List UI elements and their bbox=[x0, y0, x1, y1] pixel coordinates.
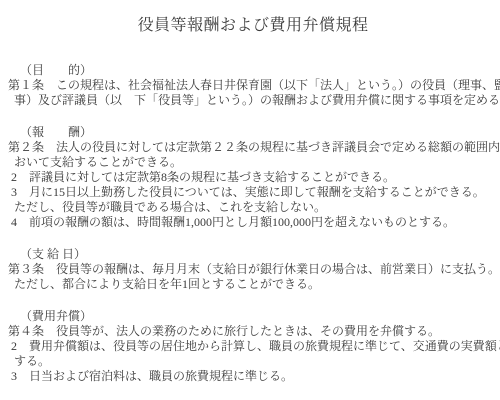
document-page: 役員等報酬および費用弁償規程 （目 的） 第１条 この規程は、社会福祉法人春日井… bbox=[0, 0, 500, 400]
doc-line: 2 評議員に対しては定款第8条の規程に基づき支給することができる。 bbox=[8, 170, 498, 185]
section-heading: （費用弁償） bbox=[8, 309, 498, 324]
doc-line: 3 日当および宿泊料は、職員の旅費規程に準じる。 bbox=[8, 369, 498, 384]
doc-line: 第１条 この規程は、社会福祉法人春日井保育園（以下「法人」という。）の役員（理事… bbox=[8, 78, 498, 93]
section-heading: （目 的） bbox=[8, 63, 498, 78]
doc-line: する。 bbox=[8, 354, 498, 369]
section-heading: （支 給 日） bbox=[8, 247, 498, 262]
doc-line: ただし、都合により支給日を年1回とすることができる。 bbox=[8, 277, 498, 292]
doc-line: 3 月に15日以上勤務した役員については、実態に即して報酬を支給することができる… bbox=[8, 185, 498, 200]
section-purpose: （目 的） 第１条 この規程は、社会福祉法人春日井保育園（以下「法人」という。）… bbox=[8, 63, 498, 108]
doc-line: 事）及び評議員（以 下「役員等」という。）の報酬および費用弁償に関する事項を定め… bbox=[8, 93, 498, 108]
section-heading: （報 酬） bbox=[8, 125, 498, 140]
doc-line: 第３条 役員等の報酬は、毎月月末（支給日が銀行休業日の場合は、前営業日）に支払う… bbox=[8, 262, 498, 277]
document-title: 役員等報酬および費用弁償規程 bbox=[8, 12, 498, 35]
section-compensation: （報 酬） 第２条 法人の役員に対しては定款第２２条の規程に基づき評議員会で定め… bbox=[8, 125, 498, 230]
doc-line: 2 費用弁償額は、役員等の居住地から計算し、職員の旅費規程に準じて、交通費の実費… bbox=[8, 339, 498, 354]
doc-line: ただし、役員等が職員である場合は、これを支給しない。 bbox=[8, 200, 498, 215]
section-payment-date: （支 給 日） 第３条 役員等の報酬は、毎月月末（支給日が銀行休業日の場合は、前… bbox=[8, 247, 498, 292]
doc-line: 第２条 法人の役員に対しては定款第２２条の規程に基づき評議員会で定める総額の範囲… bbox=[8, 140, 498, 155]
section-expense-reimbursement: （費用弁償） 第４条 役員等が、法人の業務のために旅行したときは、その費用を弁償… bbox=[8, 309, 498, 384]
doc-line: 第４条 役員等が、法人の業務のために旅行したときは、その費用を弁償する。 bbox=[8, 324, 498, 339]
doc-line: おいて支給することができる。 bbox=[8, 155, 498, 170]
doc-line: 4 前項の報酬の額は、時間報酬1,000円とし月額100,000円を超えないもの… bbox=[8, 215, 498, 230]
